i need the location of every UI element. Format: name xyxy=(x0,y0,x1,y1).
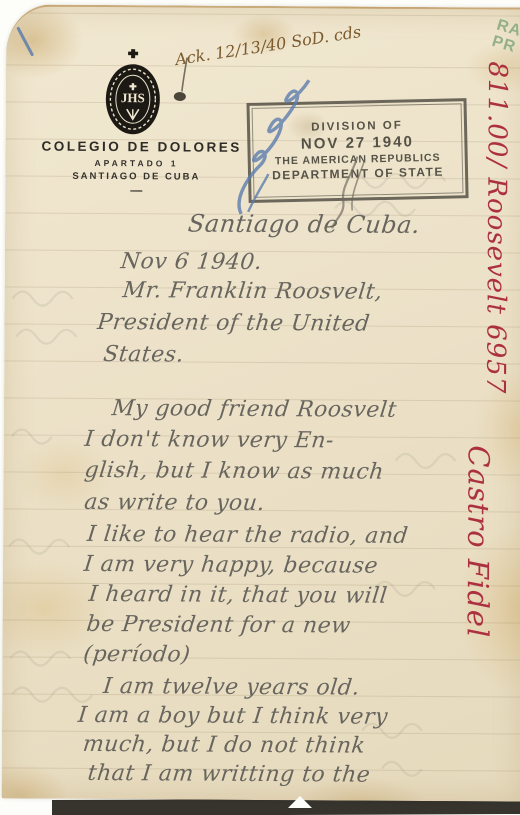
blue-corner-mark xyxy=(18,28,32,54)
letter-line: be President for a new xyxy=(85,612,352,639)
letter-date-line: Nov 6 1940. xyxy=(119,249,263,275)
letter-scan: JHS COLEGIO DE DOLORES APARTADO 1 SANTIA… xyxy=(0,0,520,815)
letter-line: glish, but I know as much xyxy=(83,458,385,485)
letter-paper: JHS COLEGIO DE DOLORES APARTADO 1 SANTIA… xyxy=(2,4,520,801)
letter-recipient-line: Mr. Franklin Roosvelt, xyxy=(121,278,384,305)
letter-line: I am very happy, because xyxy=(83,552,380,579)
letter-line: I am twelve years old. xyxy=(102,674,361,701)
svg-text:JHS: JHS xyxy=(121,90,145,105)
letterhead-divider: — xyxy=(41,183,231,198)
letter-line: I don't know very En- xyxy=(83,427,335,454)
letterhead-city: SANTIAGO DE CUBA xyxy=(41,171,231,183)
letter-line: I am a boy but I think very xyxy=(77,703,389,730)
letter-salutation-line: My good friend Roosvelt xyxy=(111,396,399,423)
letter-line: President of the United xyxy=(96,310,371,337)
stamp-division-line: DIVISION OF xyxy=(311,120,403,134)
sender-name-annotation: Castro Fidel xyxy=(461,445,496,638)
letter-place-line: Santiago de Cuba. xyxy=(187,210,422,239)
letter-line: much, but I do not think xyxy=(82,732,367,759)
stamp-department-line: DEPARTMENT OF STATE xyxy=(272,165,444,183)
letter-line: as write to you. xyxy=(83,490,266,516)
department-of-state-stamp: DIVISION OF NOV 27 1940 THE AMERICAN REP… xyxy=(246,98,468,203)
letterhead-address: APARTADO 1 xyxy=(41,158,231,169)
ack-annotation: Ack. 12/13/40 SoD. cds xyxy=(174,22,362,69)
green-routing-initials: RA PR xyxy=(490,17,520,57)
letter-line: States. xyxy=(102,342,185,367)
stamp-date: NOV 27 1940 xyxy=(301,133,414,152)
letter-line: I heard in it, that you will xyxy=(87,582,388,609)
letter-line: I like to hear the radio, and xyxy=(86,522,410,549)
file-number-annotation: 811.00/ Roosevelt 6957 xyxy=(480,61,512,394)
letterhead-school-name: COLEGIO DE DOLORES xyxy=(42,139,232,155)
letter-line: (período) xyxy=(82,642,192,668)
letter-line: that I am writting to the xyxy=(86,761,371,788)
jesuit-emblem-icon: JHS xyxy=(104,47,163,139)
